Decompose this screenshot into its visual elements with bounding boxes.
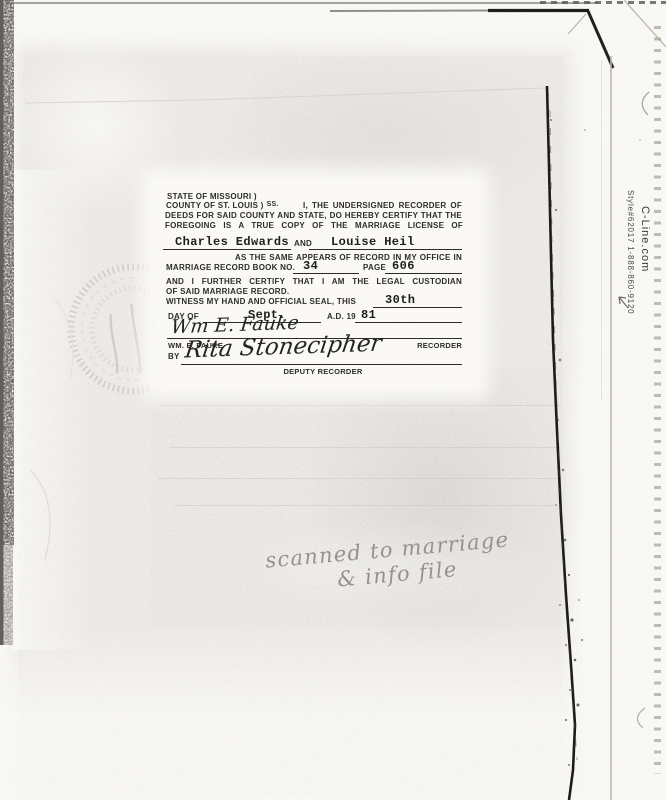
- inner-page-top-edge: [25, 88, 545, 103]
- intro-line: I, THE UNDERSIGNED RECORDER OF: [303, 201, 462, 210]
- certificate: STATE OF MISSOURI ) COUNTY OF ST. LOUIS …: [163, 192, 465, 388]
- book-label: MARRIAGE RECORD BOOK NO.: [166, 263, 295, 272]
- thumb-notch: [642, 92, 649, 115]
- deputy-signature: Rita Stonecipher: [183, 330, 383, 363]
- county-text: COUNTY OF ST. LOUIS ): [166, 201, 264, 210]
- paper-crease: [55, 300, 73, 380]
- underline-groom: [163, 249, 291, 250]
- ad-label: A.D. 19: [327, 312, 356, 321]
- signature-line: [181, 364, 462, 365]
- protector-fold-line: [601, 60, 602, 400]
- book-number: 34: [303, 259, 318, 273]
- and-label: AND: [294, 239, 312, 248]
- year-value: 81: [361, 308, 376, 322]
- ss-label: SS.: [267, 201, 279, 208]
- underline-bride: [309, 249, 462, 250]
- paper-crease: [30, 470, 50, 560]
- page-edge-line: [547, 86, 575, 800]
- custodian-line-1: AND I FURTHER CERTIFY THAT I AM THE LEGA…: [166, 277, 462, 286]
- page-edge-rough: [550, 110, 577, 760]
- body-line-2: DEEDS FOR SAID COUNTY AND STATE, DO HERE…: [165, 211, 462, 220]
- corner-fold-line: [568, 14, 586, 34]
- day-value: 30th: [385, 293, 415, 307]
- protector-fold-line: [610, 56, 612, 800]
- page-number: 606: [392, 259, 415, 273]
- thumb-notch: [637, 708, 645, 728]
- recorder-title: RECORDER: [393, 341, 462, 350]
- binding-perforation: [654, 26, 661, 774]
- sheet-protector-style-label: Style#62017 1-888-860-9120: [626, 190, 635, 314]
- appears-line: AS THE SAME APPEARS OF RECORD IN MY OFFI…: [235, 253, 462, 262]
- by-label: BY: [168, 352, 180, 361]
- underline-day: [373, 307, 462, 308]
- witness-line: WITNESS MY HAND AND OFFICIAL SEAL, THIS: [166, 297, 356, 306]
- underline-page: [385, 273, 462, 274]
- custodian-line-2: OF SAID MARRIAGE RECORD.: [166, 287, 289, 296]
- state-line: STATE OF MISSOURI ): [167, 192, 257, 201]
- page-label: PAGE: [363, 263, 386, 272]
- deputy-title: DEPUTY RECORDER: [263, 367, 383, 376]
- county-line: COUNTY OF ST. LOUIS )SS.: [166, 201, 279, 210]
- groom-name: Charles Edwards: [175, 235, 289, 249]
- top-perforation: [540, 1, 666, 4]
- scan-marks: [0, 0, 666, 800]
- sheet-protector-brand-label: C-Line.com: [639, 206, 651, 272]
- underline-year: [355, 322, 462, 323]
- underline-book: [293, 273, 359, 274]
- bride-name: Louise Heil: [331, 235, 415, 249]
- scanned-document-page: Style#62017 1-888-860-9120 C-Line.com ST…: [0, 0, 666, 800]
- copy-top-edge: [330, 11, 490, 12]
- body-line-3: FOREGOING IS A TRUE COPY OF THE MARRIAGE…: [165, 221, 463, 230]
